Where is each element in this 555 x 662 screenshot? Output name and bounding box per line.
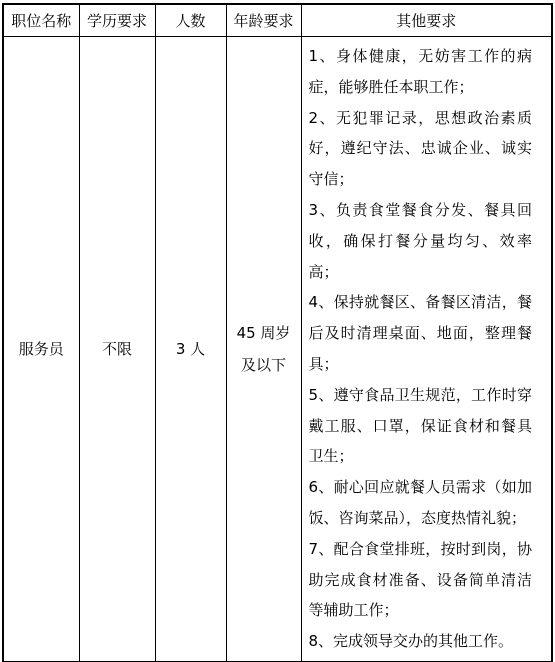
header-position: 职位名称 [3,4,79,37]
requirement-item: 5、遵守食品卫生规范，工作时穿戴工服、口罩，保证食材和餐具卫生； [309,380,533,472]
header-other-requirements: 其他要求 [301,4,552,37]
header-age: 年龄要求 [226,4,301,37]
age-line-1: 45 周岁 [227,317,301,349]
requirement-item: 8、完成领导交办的其他工作。 [309,626,533,657]
cell-education: 不限 [79,37,155,662]
cell-other-requirements: 1、身体健康，无妨害工作的病症，能够胜任本职工作； 2、无犯罪记录，思想政治素质… [301,37,552,662]
age-line-2: 及以下 [227,349,301,381]
table-row: 服务员 不限 3 人 45 周岁 及以下 1、身体健康，无妨害工作的病症，能够胜… [3,37,552,662]
header-education: 学历要求 [79,4,155,37]
cell-age: 45 周岁 及以下 [226,37,301,662]
requirement-item: 4、保持就餐区、备餐区清洁，餐后及时清理桌面、地面，整理餐具； [309,287,533,379]
requirement-item: 3、负责食堂餐食分发、餐具回收，确保打餐分量均匀、效率高； [309,195,533,287]
header-headcount: 人数 [155,4,226,37]
cell-position: 服务员 [3,37,79,662]
header-row: 职位名称 学历要求 人数 年龄要求 其他要求 [3,4,552,37]
requirement-item: 1、身体健康，无妨害工作的病症，能够胜任本职工作； [309,41,533,103]
requirement-item: 7、配合食堂排班，按时到岗，协助完成食材准备、设备简单清洁等辅助工作； [309,534,533,626]
cell-headcount: 3 人 [155,37,226,662]
requirement-item: 2、无犯罪记录，思想政治素质好，遵纪守法、忠诚企业、诚实守信； [309,103,533,195]
job-requirements-table: 职位名称 学历要求 人数 年龄要求 其他要求 服务员 不限 3 人 45 周岁 … [2,3,553,662]
document-page: 职位名称 学历要求 人数 年龄要求 其他要求 服务员 不限 3 人 45 周岁 … [0,0,555,662]
requirement-item: 6、耐心回应就餐人员需求（如加饭、咨询菜品），态度热情礼貌； [309,472,533,534]
